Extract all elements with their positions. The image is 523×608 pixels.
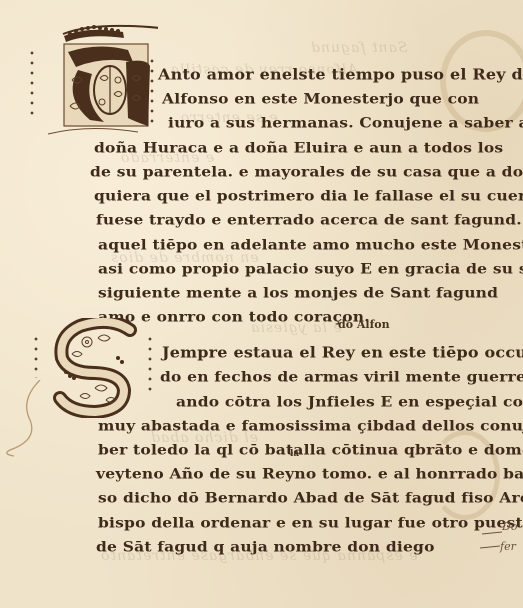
interlinear-gloss: do Alfon (338, 318, 390, 331)
text-line: veyteno Año de su Reyno tomo. e al honrr… (96, 465, 523, 482)
initial-dot-border (34, 334, 38, 378)
text-line: quiera que el postrimero dia le fallase … (94, 187, 523, 204)
text-line: Alfonso en este Monesterjo que con (162, 90, 479, 107)
text-line: ber toledo la ql cō batalla cōtinua qbrā… (98, 441, 523, 458)
initial-flourish (0, 380, 60, 460)
text-line: ando cōtra los Jnfieles E en espeçial co… (176, 393, 523, 410)
text-line: muy abastada e famosissima çibdad dellos… (98, 417, 523, 434)
initial-dot-border (30, 48, 34, 118)
interlinear-gloss: la (290, 449, 299, 459)
manuscript-page: Alfonso rrey de castilla Sant fagund e s… (0, 0, 523, 608)
text-line: bispo della ordenar e en su lugar fue ot… (98, 514, 523, 531)
text-line: Jempre estaua el Rey en este tiēpo occup… (162, 344, 523, 361)
illuminated-initial-t (28, 22, 158, 137)
text-line: de su parentela. e mayorales de su casa … (90, 163, 523, 180)
bleed-through-text: Sant fagund (310, 40, 408, 56)
text-line: so dicho dō Bernardo Abad de Sāt fagud f… (98, 489, 523, 506)
text-line: asi como propio palacio suyo E en gracia… (98, 260, 523, 277)
text-line: iuro a sus hermanas. Conujene a saber a (168, 114, 523, 131)
text-line: fuese traydo e enterrado acerca de sant … (96, 211, 523, 228)
initial-dot-border (150, 56, 154, 126)
text-line: Anto amor enelste tiempo puso el Rey do (158, 66, 523, 83)
text-line: siguiente mente a los monjes de Sant fag… (98, 284, 498, 301)
text-line: doña Huraca e a doña Eluira e aun a todo… (94, 139, 503, 156)
text-line: de Sāt fagud q auja nombre don diego (96, 538, 435, 555)
text-line: do en fechos de armas viril mente guerre (160, 368, 523, 385)
margin-rule (480, 522, 523, 552)
initial-dot-border (148, 334, 152, 394)
text-line: aquel tiēpo en adelante amo mucho este M… (98, 236, 523, 253)
